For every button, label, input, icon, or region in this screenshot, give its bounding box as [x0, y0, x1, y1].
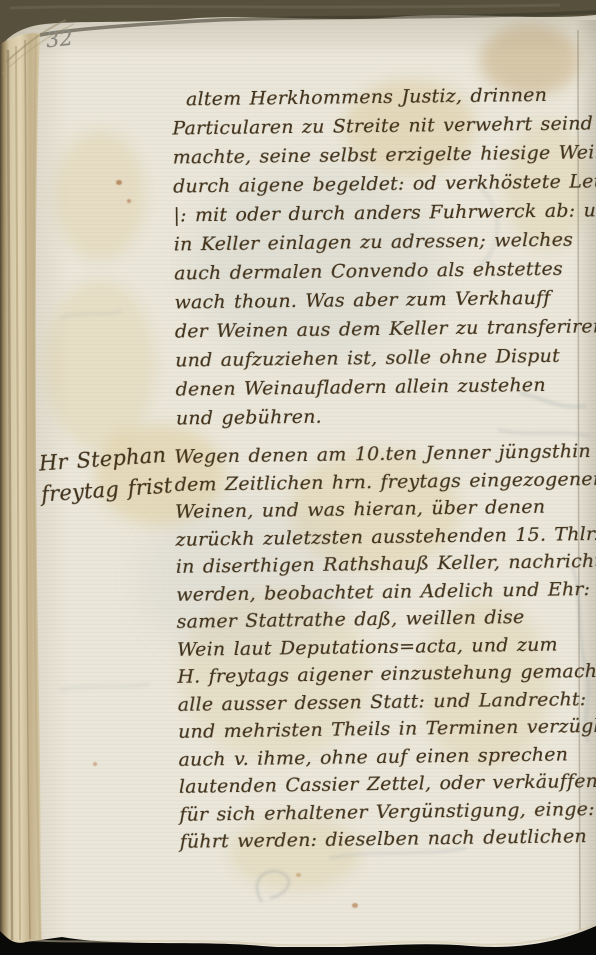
paragraph-2: Wegen denen am 10.ten Jenner jüngsthin d… — [174, 438, 586, 856]
manuscript-line: führt werden: dieselben nach deutlichen — [180, 823, 586, 856]
manuscript-line: und gebühren. — [176, 400, 582, 434]
margin-note: Hr Stephan freytag frist — [38, 439, 174, 510]
manuscript-scan: 32 altem Herkhommens Justiz, drinnen Par… — [0, 0, 596, 955]
paragraph-1: altem Herkhommens Justiz, drinnen Partic… — [172, 81, 582, 434]
page-number: 32 — [45, 26, 74, 53]
manuscript-line: denen Weinaufladern allein zustehen — [175, 371, 581, 405]
